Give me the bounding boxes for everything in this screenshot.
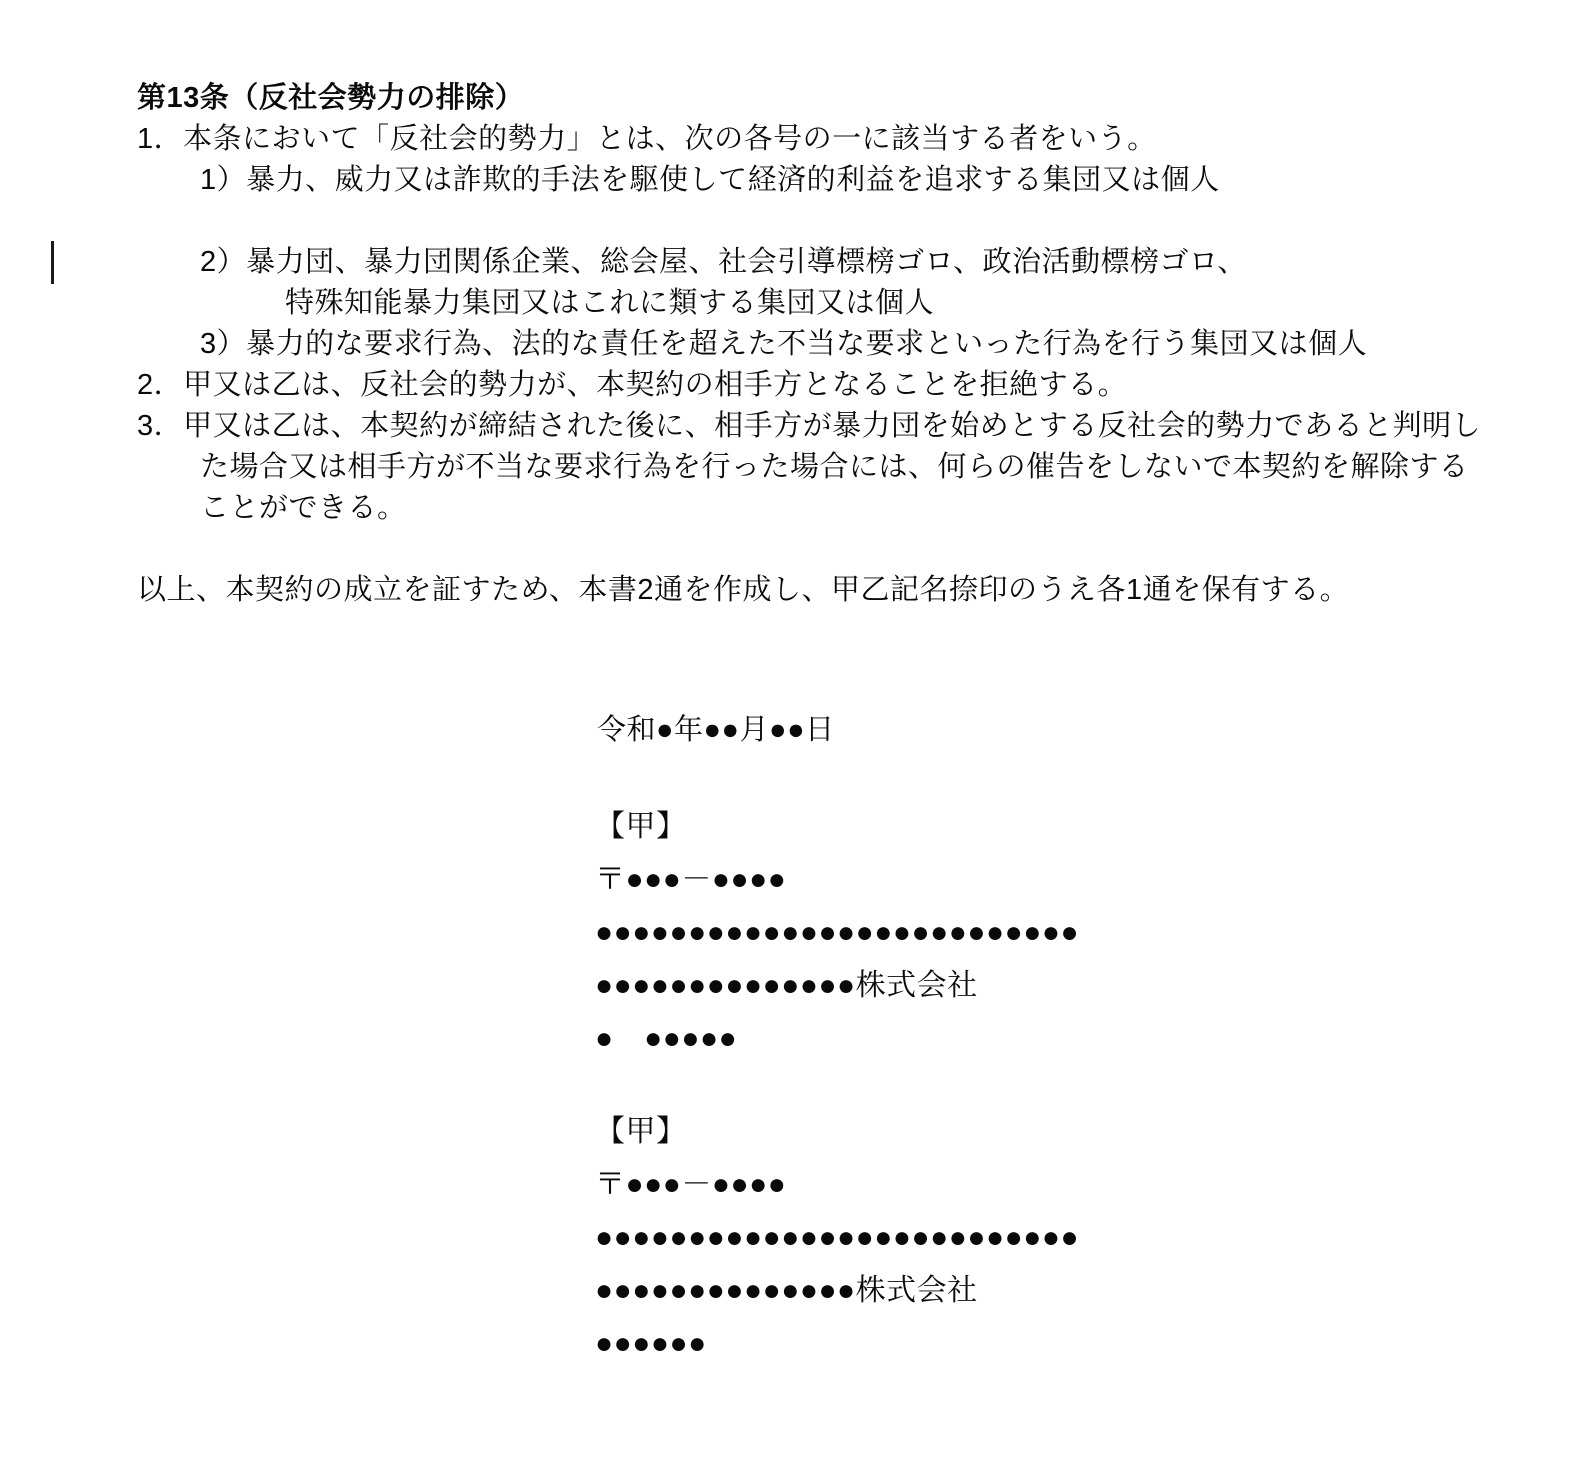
party-label: 【甲】 — [595, 1105, 1557, 1158]
party-company-name-masked: ●●●●●●●●●●●●●●株式会社 — [595, 1264, 1557, 1317]
party-company-name-masked: ●●●●●●●●●●●●●●株式会社 — [595, 959, 1557, 1012]
clause-subitem-1: 1）暴力、威力又は詐欺的手法を駆使して経済的利益を追求する集団又は個人 — [137, 160, 1557, 201]
party-postal-code: 〒●●●－●●●● — [595, 853, 1557, 906]
document-content: 第13条（反社会勢力の排除） 1．本条において「反社会的勢力」とは、次の各号の一… — [137, 78, 1557, 1370]
revision-change-bar — [51, 241, 54, 284]
contract-document-page: 第13条（反社会勢力の排除） 1．本条において「反社会的勢力」とは、次の各号の一… — [0, 0, 1584, 1461]
clause-item-2: 2．甲又は乙は、反社会的勢力が、本契約の相手方となることを拒絶する。 — [137, 365, 1557, 406]
clause-item-3-line-2: た場合又は相手方が不当な要求行為を行った場合には、何らの催告をしないで本契約を解… — [137, 447, 1557, 488]
party-address-masked: ●●●●●●●●●●●●●●●●●●●●●●●●●● — [595, 906, 1557, 959]
date-line: 令和●年●●月●●日 — [137, 710, 1557, 751]
closing-statement: 以上、本契約の成立を証すため、本書2通を作成し、甲乙記名捺印のうえ各1通を保有す… — [137, 570, 1557, 611]
party-address-masked: ●●●●●●●●●●●●●●●●●●●●●●●●●● — [595, 1211, 1557, 1264]
party-block-kou-1: 【甲】 〒●●●－●●●● ●●●●●●●●●●●●●●●●●●●●●●●●●●… — [137, 800, 1557, 1065]
party-representative-name-masked: ●●●●●● — [595, 1317, 1557, 1370]
clause-item-3-line-3: ことができる。 — [137, 488, 1557, 529]
party-label: 【甲】 — [595, 800, 1557, 853]
clause-subitem-2-continuation: 特殊知能暴力集団又はこれに類する集団又は個人 — [137, 283, 1557, 324]
party-postal-code: 〒●●●－●●●● — [595, 1158, 1557, 1211]
blank-line — [137, 529, 1557, 570]
party-block-kou-2: 【甲】 〒●●●－●●●● ●●●●●●●●●●●●●●●●●●●●●●●●●●… — [137, 1105, 1557, 1370]
party-representative-name-masked: ● ●●●●● — [595, 1012, 1557, 1065]
clause-subitem-3: 3）暴力的な要求行為、法的な責任を超えた不当な要求といった行為を行う集団又は個人 — [137, 324, 1557, 365]
clause-item-1: 1．本条において「反社会的勢力」とは、次の各号の一に該当する者をいう。 — [137, 119, 1557, 160]
blank-line — [137, 201, 1557, 242]
clause-item-3-line-1: 3．甲又は乙は、本契約が締結された後に、相手方が暴力団を始めとする反社会的勢力で… — [137, 406, 1557, 447]
clause-subitem-2: 2）暴力団、暴力団関係企業、総会屋、社会引導標榜ゴロ、政治活動標榜ゴロ、 — [137, 242, 1557, 283]
clause-heading: 第13条（反社会勢力の排除） — [137, 78, 1557, 119]
